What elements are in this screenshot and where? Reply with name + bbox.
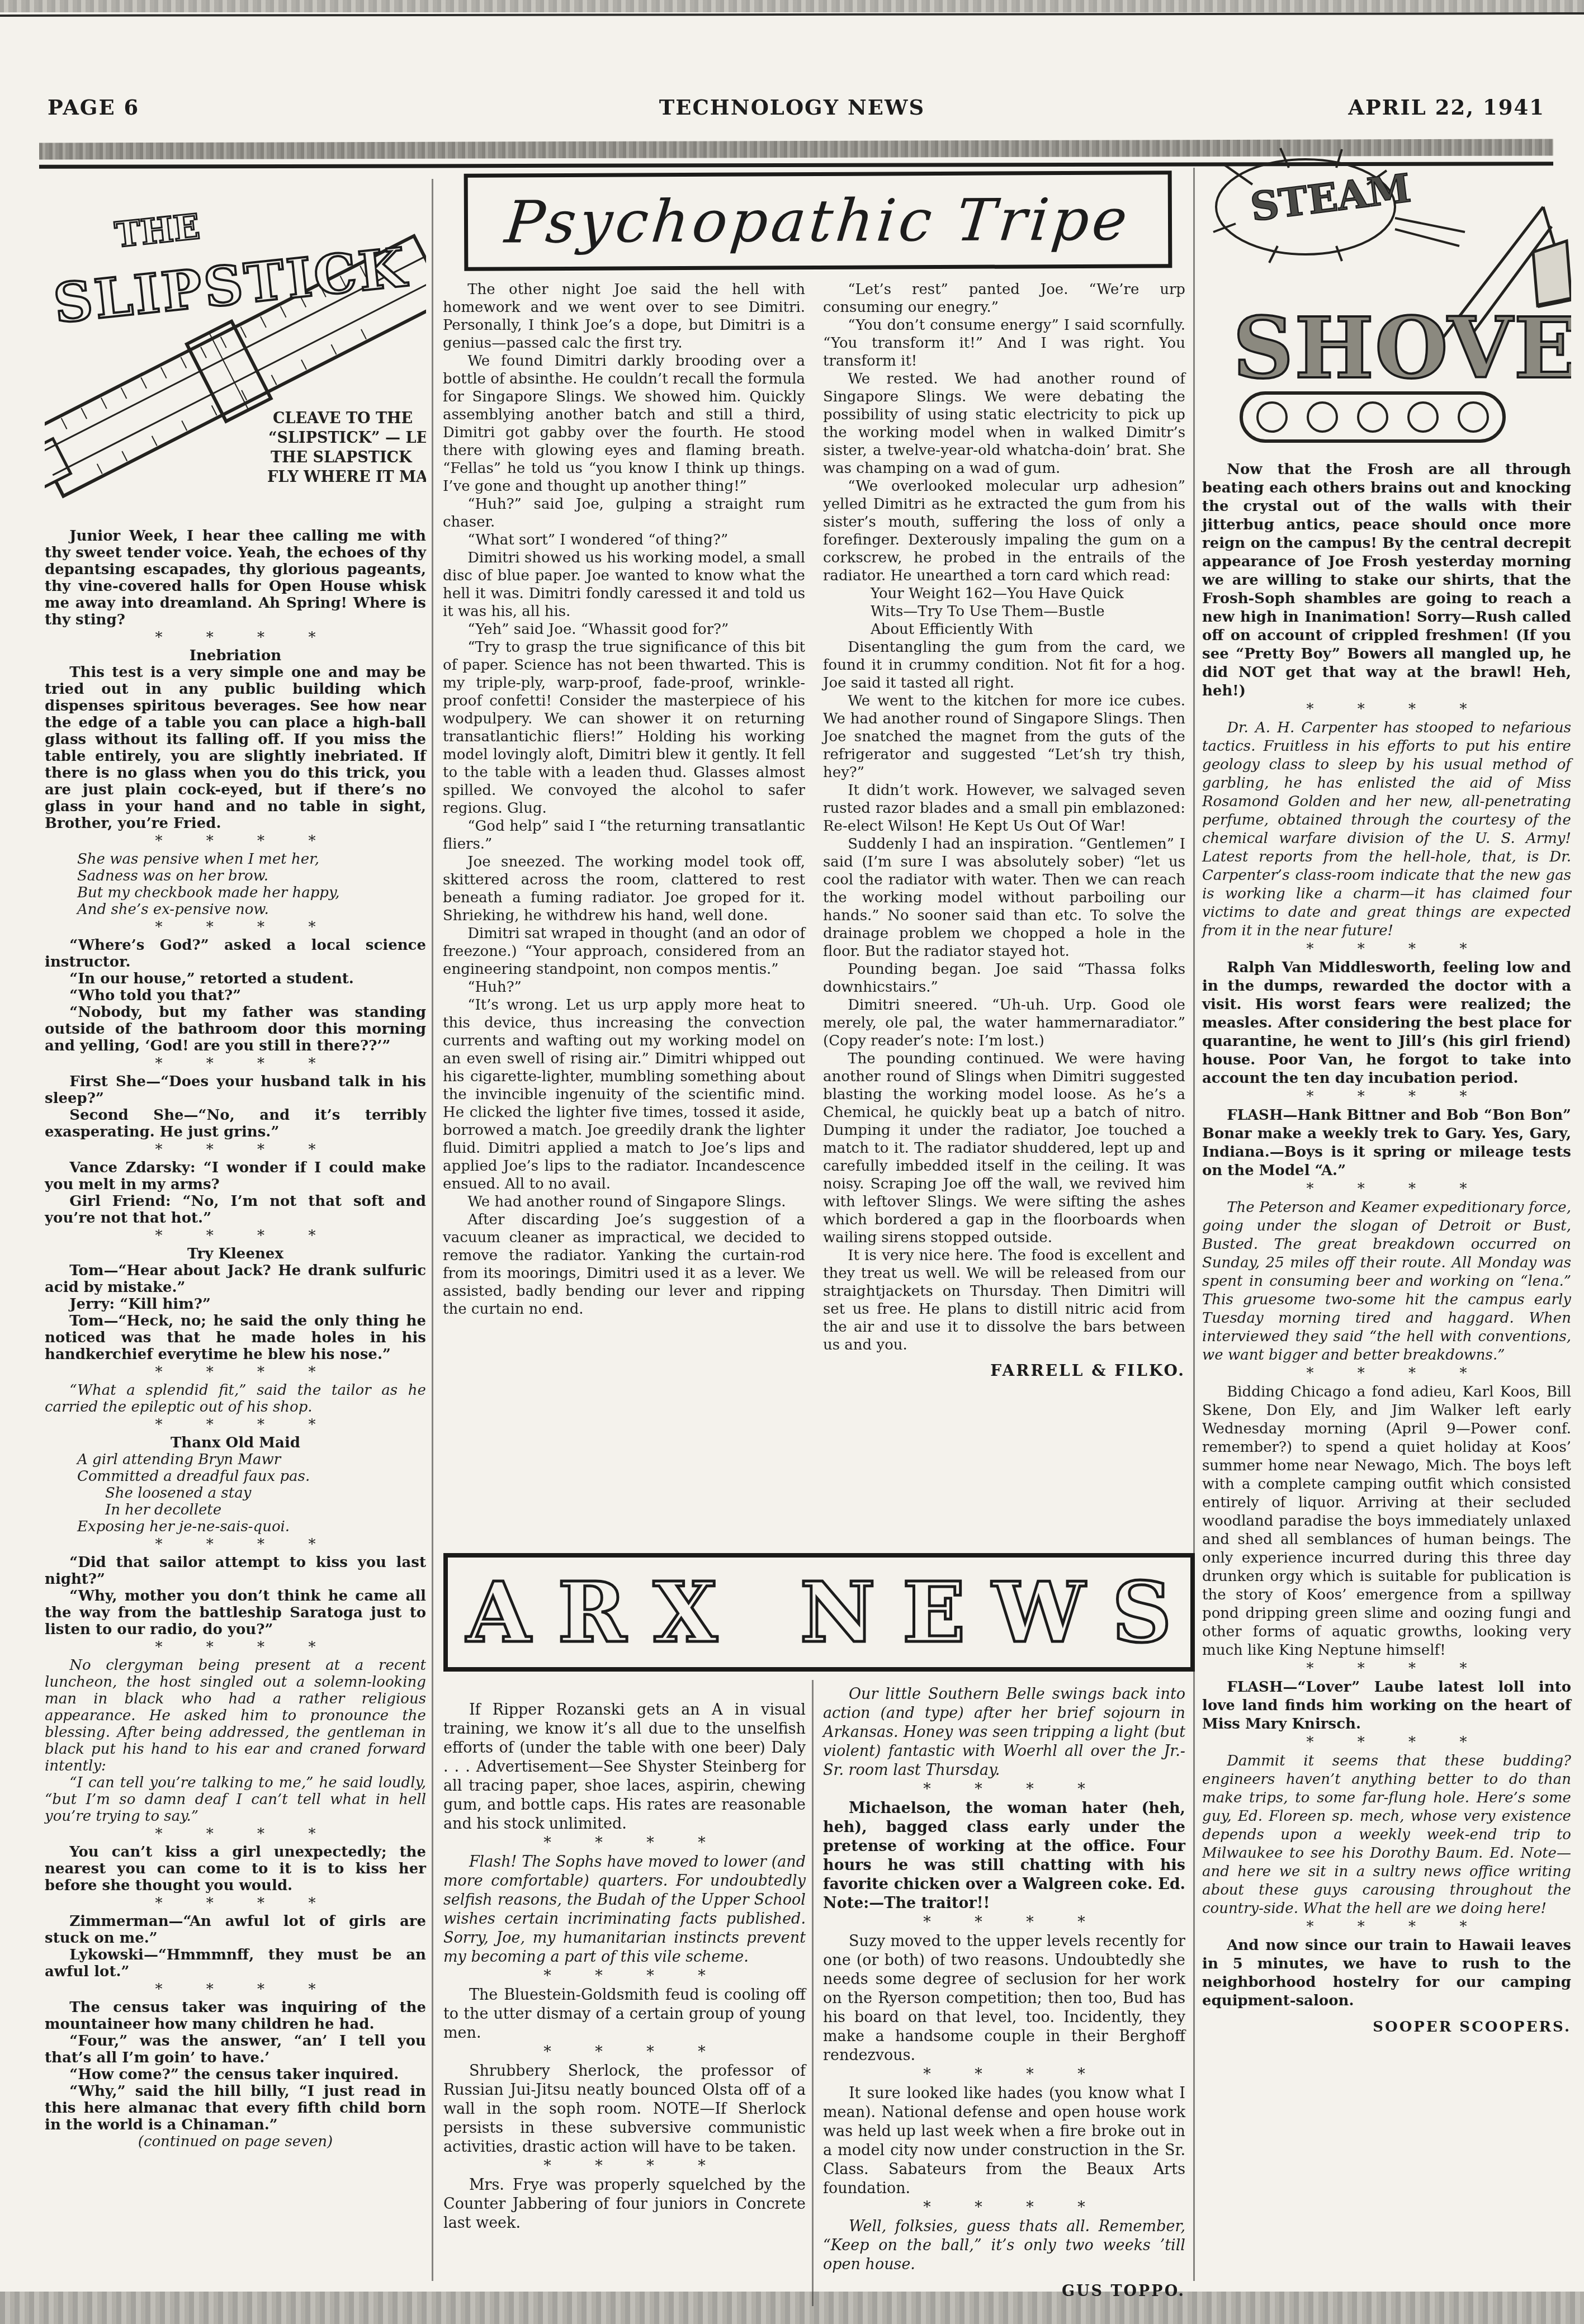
- issue-date: APRIL 22, 1941: [1348, 95, 1545, 120]
- star-separator: * * * *: [45, 1535, 426, 1554]
- continuation-note: (continued on page seven): [45, 2133, 426, 2150]
- paper-title: TECHNOLOGY NEWS: [0, 95, 1584, 120]
- paragraph: Dammit it seems that these budding? engi…: [1202, 1752, 1571, 1918]
- paragraph: Mrs. Frye was properly squelched by the …: [443, 2176, 806, 2233]
- paragraph: Our little Southern Belle swings back in…: [823, 1685, 1185, 1780]
- paragraph: “What sort” I wondered “of thing?”: [443, 531, 805, 549]
- arx-column-2: Our little Southern Belle swings back in…: [823, 1685, 1185, 2301]
- star-separator: * * * *: [443, 2157, 806, 2176]
- paragraph: The pounding continued. We were having a…: [823, 1050, 1185, 1247]
- paragraph: “Why,” said the hill billy, “I just read…: [45, 2083, 426, 2133]
- poem-line: In her decollete: [105, 1502, 426, 1518]
- shovel-text: SHOVEL: [1233, 299, 1571, 397]
- slipstick-column: THE SLIPSTICK CLEAVE TO THE “SLIPSTICK” …: [45, 180, 426, 2150]
- poem-line: A girl attending Bryn Mawr: [77, 1451, 426, 1468]
- slipstick-title-the: THE: [113, 206, 202, 255]
- column-rule-left: [432, 179, 433, 2281]
- paragraph: Suddenly I had an inspiration. “Gentleme…: [823, 835, 1185, 960]
- poem-line: But my checkbook made her happy,: [77, 884, 426, 901]
- fortune-card-line: Your Weight 162—You Have Quick: [871, 585, 1169, 603]
- paragraph: And now since our train to Hawaii leaves…: [1202, 1937, 1571, 2010]
- tripe-title: Psychopathic Tripe: [502, 186, 1134, 257]
- top-rule: [0, 12, 1584, 17]
- paragraph: “Where’s God?” asked a local science ins…: [45, 937, 426, 971]
- paragraph: Well, folksies, guess thats all. Remembe…: [823, 2217, 1185, 2274]
- scan-noise-band-bottom: [0, 2292, 1584, 2324]
- paragraph: Suzy moved to the upper levels recently …: [823, 1932, 1185, 2065]
- paragraph: Tom—“Heck, no; he said the only thing he…: [45, 1313, 426, 1363]
- paragraph: You can’t kiss a girl unexpectedly; the …: [45, 1844, 426, 1894]
- star-separator: * * * *: [45, 1363, 426, 1382]
- paragraph: Girl Friend: “No, I’m not that soft and …: [45, 1193, 426, 1227]
- paragraph: Ralph Van Middlesworth, feeling low and …: [1202, 959, 1571, 1088]
- paragraph: The Peterson and Keamer expeditionary fo…: [1202, 1199, 1571, 1365]
- paragraph: Shrubbery Sherlock, the professor of Rus…: [443, 2062, 806, 2157]
- paragraph: FLASH—“Lover” Laube latest loll into lov…: [1202, 1678, 1571, 1734]
- star-separator: * * * *: [45, 1825, 426, 1844]
- paragraph: First She—“Does your husband talk in his…: [45, 1073, 426, 1107]
- paragraph: The Bluestein-Goldsmith feud is cooling …: [443, 1986, 806, 2043]
- paragraph: “Four,” was the answer, “an’ I tell you …: [45, 2033, 426, 2066]
- paragraph: Tom—“Hear about Jack? He drank sulfuric …: [45, 1262, 426, 1296]
- paragraph: “Why, mother you don’t think he came all…: [45, 1588, 426, 1638]
- star-separator: * * * *: [45, 1227, 426, 1246]
- paragraph: “Try to grasp the true significance of t…: [443, 638, 805, 817]
- byline-signature: FARRELL & FILKO.: [823, 1354, 1185, 1380]
- paragraph: It sure looked like hades (you know what…: [823, 2084, 1185, 2198]
- tripe-title-box: Psychopathic Tripe: [464, 171, 1172, 271]
- paragraph: Zimmerman—“An awful lot of girls are stu…: [45, 1913, 426, 1947]
- paragraph: “You don’t consume energy” I said scornf…: [823, 316, 1185, 370]
- paragraph: FLASH—Hank Bittner and Bob “Bon Bon” Bon…: [1202, 1106, 1571, 1180]
- section-heading: Try Kleenex: [45, 1246, 426, 1262]
- svg-text:“SLIPSTICK” — LET: “SLIPSTICK” — LET: [268, 429, 426, 447]
- steam-shovel-logo: STEAM SHOVEL: [1202, 143, 1571, 458]
- scan-noise-band-top: [0, 0, 1584, 12]
- steam-text: STEAM: [1248, 164, 1413, 230]
- paragraph: Dimitri sat wraped in thought (and an od…: [443, 925, 805, 978]
- slipstick-logo: THE SLIPSTICK CLEAVE TO THE “SLIPSTICK” …: [45, 180, 426, 526]
- tripe-column-1: The other night Joe said the hell with h…: [443, 281, 805, 1318]
- star-separator: * * * *: [1202, 1365, 1571, 1383]
- section-heading: Thanx Old Maid: [45, 1435, 426, 1451]
- byline-signature: SOOPER SCOOPERS.: [1202, 2010, 1571, 2037]
- star-separator: * * * *: [45, 628, 426, 647]
- paragraph: Michaelson, the woman hater (heh, heh), …: [823, 1799, 1185, 1913]
- star-separator: * * * *: [443, 1834, 806, 1853]
- star-separator: * * * *: [1202, 1918, 1571, 1937]
- star-separator: * * * *: [1202, 700, 1571, 719]
- fortune-card-line: About Efficiently With: [871, 621, 1169, 638]
- paragraph: “Let’s rest” panted Joe. “We’re urp cons…: [823, 281, 1185, 316]
- arx-title-box: ARX NEWS: [443, 1553, 1195, 1672]
- paragraph: We had another round of Singapore Slings…: [443, 1193, 805, 1211]
- paragraph: Pounding began. Joe said “Thassa folks d…: [823, 960, 1185, 996]
- paragraph: We rested. We had another round of Singa…: [823, 370, 1185, 477]
- star-separator: * * * *: [1202, 1180, 1571, 1199]
- paragraph: The other night Joe said the hell with h…: [443, 281, 805, 352]
- paragraph: Lykowski—“Hmmmnff, they must be an awful…: [45, 1947, 426, 1980]
- star-separator: * * * *: [45, 1416, 426, 1435]
- byline-signature: GUS TOPPO.: [823, 2274, 1185, 2301]
- paragraph: Jerry: “Kill him?”: [45, 1296, 426, 1313]
- steam-shovel-column: STEAM SHOVEL Now that the Frosh are a: [1202, 143, 1571, 2037]
- star-separator: * * * *: [1202, 940, 1571, 959]
- star-separator: * * * *: [443, 2043, 806, 2062]
- paragraph: “How come?” the census taker inquired.: [45, 2066, 426, 2083]
- paragraph: “What a splendid fit,” said the tailor a…: [45, 1382, 426, 1416]
- steam-shovel-body: Now that the Frosh are all through beati…: [1202, 461, 1571, 2037]
- paragraph: Vance Zdarsky: “I wonder if I could make…: [45, 1159, 426, 1193]
- masthead: PAGE 6 TECHNOLOGY NEWS APRIL 22, 1941: [0, 95, 1584, 129]
- star-separator: * * * *: [45, 832, 426, 851]
- poem-line: Exposing her je-ne-sais-quoi.: [77, 1518, 426, 1535]
- paragraph: The census taker was inquiring of the mo…: [45, 1999, 426, 2033]
- paragraph: “We overlooked molecular urp adhesion” y…: [823, 477, 1185, 585]
- paragraph: No clergyman being present at a recent l…: [45, 1657, 426, 1774]
- star-separator: * * * *: [45, 1140, 426, 1159]
- section-heading: Inebriation: [45, 647, 426, 664]
- poem-line: She loosened a stay: [105, 1485, 426, 1502]
- poem-line: Sadness was on her brow.: [77, 868, 426, 884]
- star-separator: * * * *: [45, 1638, 426, 1657]
- star-separator: * * * *: [443, 1967, 806, 1986]
- poem-line: And she’s ex-pensive now.: [77, 901, 426, 918]
- paragraph: “God help” said I “the returning transat…: [443, 817, 805, 853]
- star-separator: * * * *: [45, 1894, 426, 1913]
- star-separator: * * * *: [823, 2065, 1185, 2084]
- fortune-card-line: Wits—Try To Use Them—Bustle: [871, 603, 1169, 621]
- paragraph: Disentangling the gum from the card, we …: [823, 638, 1185, 692]
- paragraph: It didn’t work. However, we salvaged sev…: [823, 782, 1185, 835]
- paragraph: “In our house,” retorted a student.: [45, 971, 426, 987]
- star-separator: * * * *: [1202, 1734, 1571, 1752]
- paragraph: If Ripper Rozanski gets an A in visual t…: [443, 1701, 806, 1834]
- poem-line: Committed a dreadful faux pas.: [77, 1468, 426, 1485]
- paragraph: Dr. A. H. Carpenter has stooped to nefar…: [1202, 719, 1571, 940]
- paragraph: “I can tell you’re talking to me,” he sa…: [45, 1774, 426, 1825]
- paragraph: “Nobody, but my father was standing outs…: [45, 1004, 426, 1054]
- tripe-column-2: “Let’s rest” panted Joe. “We’re urp cons…: [823, 281, 1185, 1380]
- arx-column-1: If Ripper Rozanski gets an A in visual t…: [443, 1701, 806, 2233]
- paragraph: Dimitri sneered. “Uh-uh. Urp. Good ole m…: [823, 996, 1185, 1050]
- paragraph: Joe sneezed. The working model took off,…: [443, 853, 805, 925]
- star-separator: * * * *: [823, 1780, 1185, 1799]
- column-rule-right: [1193, 168, 1195, 2281]
- paragraph: Dimitri showed us his working model, a s…: [443, 549, 805, 621]
- paragraph: “Did that sailor attempt to kiss you las…: [45, 1554, 426, 1588]
- newspaper-page: PAGE 6 TECHNOLOGY NEWS APRIL 22, 1941: [0, 0, 1584, 2324]
- paragraph: Now that the Frosh are all through beati…: [1202, 461, 1571, 700]
- paragraph: Bidding Chicago a fond adieu, Karl Koos,…: [1202, 1383, 1571, 1660]
- star-separator: * * * *: [823, 1913, 1185, 1932]
- paragraph: “Who told you that?”: [45, 987, 426, 1004]
- paragraph: Flash! The Sophs have moved to lower (an…: [443, 1853, 806, 1967]
- arx-column-rule: [812, 1680, 814, 2306]
- svg-text:THE SLAPSTICK: THE SLAPSTICK: [271, 449, 413, 466]
- paragraph: After discarding Joe’s suggestion of a v…: [443, 1211, 805, 1318]
- paragraph: Junior Week, I hear thee calling me with…: [45, 528, 426, 628]
- paragraph: This test is a very simple one and may b…: [45, 664, 426, 832]
- slipstick-body: Junior Week, I hear thee calling me with…: [45, 528, 426, 2150]
- paragraph: “Yeh” said Joe. “Whassit good for?”: [443, 621, 805, 638]
- svg-text:CLEAVE TO THE: CLEAVE TO THE: [273, 410, 413, 427]
- star-separator: * * * *: [1202, 1660, 1571, 1678]
- slipstick-motto: CLEAVE TO THE “SLIPSTICK” — LET THE SLAP…: [267, 410, 426, 486]
- paragraph: Second She—“No, and it’s terribly exaspe…: [45, 1107, 426, 1140]
- paragraph: We found Dimitri darkly brooding over a …: [443, 352, 805, 495]
- star-separator: * * * *: [45, 1054, 426, 1073]
- star-separator: * * * *: [1202, 1088, 1571, 1106]
- paragraph: “Huh?” said Joe, gulping a straight rum …: [443, 495, 805, 531]
- star-separator: * * * *: [45, 918, 426, 937]
- paragraph: It is very nice here. The food is excell…: [823, 1247, 1185, 1354]
- star-separator: * * * *: [823, 2198, 1185, 2217]
- arx-title: ARX NEWS: [439, 1564, 1198, 1661]
- svg-text:FLY WHERE IT MAY.: FLY WHERE IT MAY.: [267, 468, 426, 486]
- paragraph: We went to the kitchen for more ice cube…: [823, 692, 1185, 782]
- paragraph: “Huh?”: [443, 978, 805, 996]
- poem-line: She was pensive when I met her,: [77, 851, 426, 868]
- star-separator: * * * *: [45, 1980, 426, 1999]
- paragraph: “It’s wrong. Let us urp apply more heat …: [443, 996, 805, 1193]
